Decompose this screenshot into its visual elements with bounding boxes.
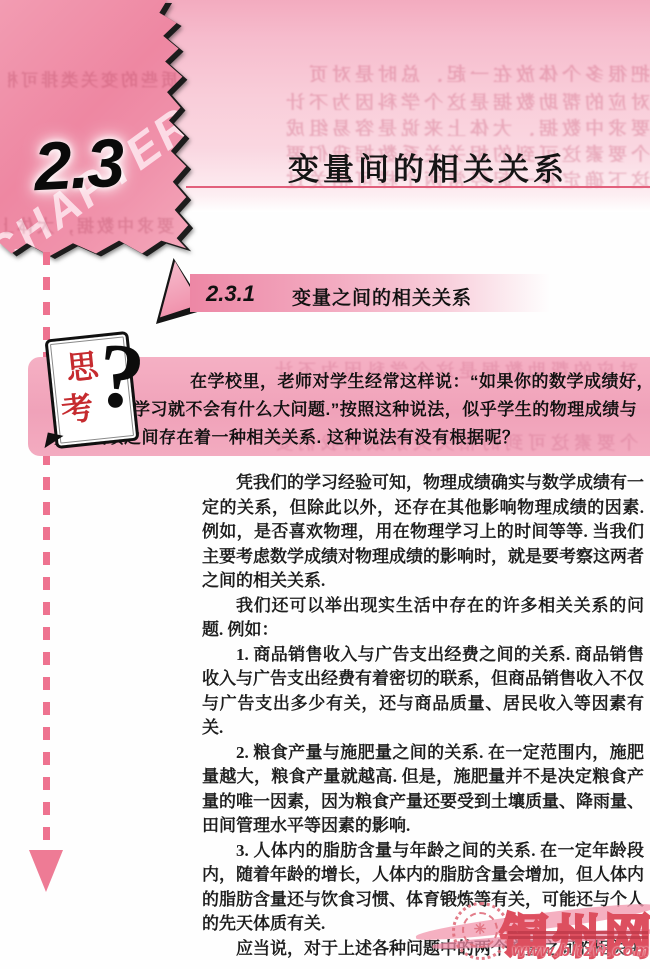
textbook-page: 把很多个体放在一起，总时是对页 对应的帮助数据是这个学科因为不计 要求中数据，大…: [0, 0, 650, 969]
body-paragraph: 2. 粮食产量与施肥量之间的关系. 在一定范围内，施肥量越大，粮食产量就越高. …: [202, 741, 644, 839]
think-char-top: 思: [64, 340, 101, 389]
think-icon: 思 考 ?: [44, 328, 162, 456]
bleedthrough-text: 质些的变关类排可相关类的而是得不: [8, 66, 178, 91]
question-mark-icon: ?: [93, 328, 148, 424]
watermark-underline: [508, 931, 648, 934]
body-paragraph: 我们还可以举出现实生活中存在的许多相关关系的问题. 例如：: [202, 594, 644, 643]
watermark-seal-star: ✳: [462, 912, 498, 948]
subsection-number: 2.3.1: [206, 281, 255, 307]
watermark-site-url: www.bltzw.com: [512, 941, 650, 961]
page-title: 变量间的相关关系: [288, 144, 568, 189]
think-card-tail: [45, 433, 64, 452]
section-number: 2.3: [32, 124, 124, 207]
page-number: 75: [586, 936, 606, 957]
title-underline-rule: [186, 186, 650, 188]
bleedthrough-text: 对应的帮助数据是这个学科因为不计: [178, 88, 650, 110]
bleedthrough-text: 要求中数据，大体上来说是容易组成: [178, 114, 650, 136]
subsection-title: 变量之间的相关关系: [292, 283, 472, 310]
question-line: 物理学习就不会有什么大问题.”按照这种说法，似乎学生的物理成绩与: [98, 395, 637, 420]
body-paragraph: 1. 商品销售收入与广告支出经费之间的关系. 商品销售收入与广告支出经费有着密切…: [202, 643, 644, 741]
think-char-bottom: 考: [59, 382, 96, 431]
question-line: 在学校里，老师对学生经常这样说：“如果你的数学成绩好，那么你的: [190, 367, 650, 392]
body-text: 凭我们的学习经验可知，物理成绩确实与数学成绩有一定的关系，但除此以外，还存在其他…: [202, 471, 644, 961]
bleedthrough-text: 把很多个体放在一起，总时是对页: [178, 60, 650, 82]
down-arrow-icon: [29, 850, 63, 892]
bleedthrough-text: 要求中数据，大体上来说是容易组成: [4, 212, 174, 237]
body-paragraph: 凭我们的学习经验可知，物理成绩确实与数学成绩有一定的关系，但除此以外，还存在其他…: [202, 471, 644, 594]
